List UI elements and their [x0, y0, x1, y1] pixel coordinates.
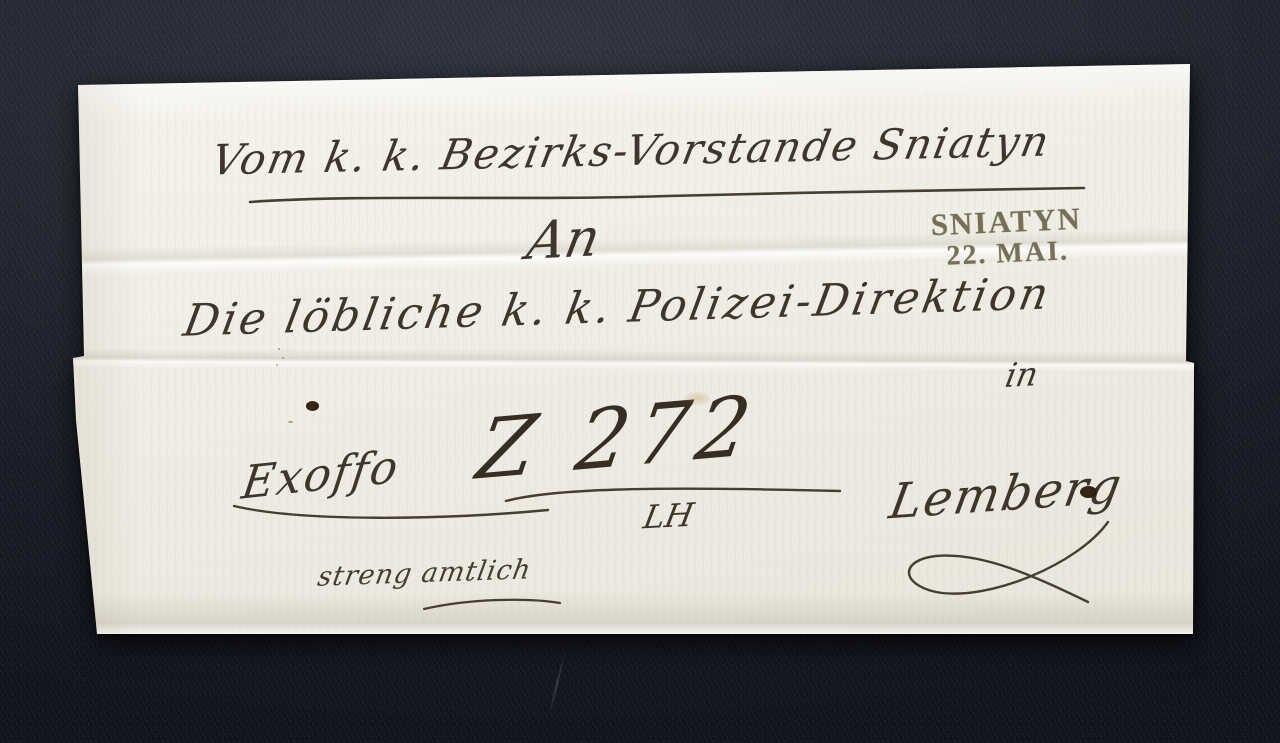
sender-underline-stroke [248, 186, 1088, 208]
ink-blot-right [1080, 486, 1097, 498]
left-edge-shading [70, 80, 140, 640]
ink-specks [278, 348, 280, 350]
photo-of-folded-letter: Vom k. k. Bezirks-Vorstande Sniatyn SNIA… [0, 0, 1280, 743]
destination-flourish-stroke [892, 518, 1112, 606]
folded-letter-cover: Vom k. k. Bezirks-Vorstande Sniatyn SNIA… [0, 0, 1280, 743]
official-note-underline-stroke [422, 596, 564, 612]
official-note-handwriting: streng amtlich [316, 556, 534, 591]
ink-blot-left [306, 401, 319, 411]
exoffo-underline-stroke [232, 500, 552, 524]
letter-drop-shadow: Vom k. k. Bezirks-Vorstande Sniatyn SNIA… [0, 0, 1280, 743]
reference-number-handwriting: Z 272 [472, 385, 764, 493]
foxing-stain [684, 392, 710, 405]
postmark-sniatyn: SNIATYN 22. MAI. [881, 201, 1134, 275]
salutation-handwriting: An [523, 212, 604, 268]
clerk-initials-handwriting: LH [641, 499, 696, 534]
